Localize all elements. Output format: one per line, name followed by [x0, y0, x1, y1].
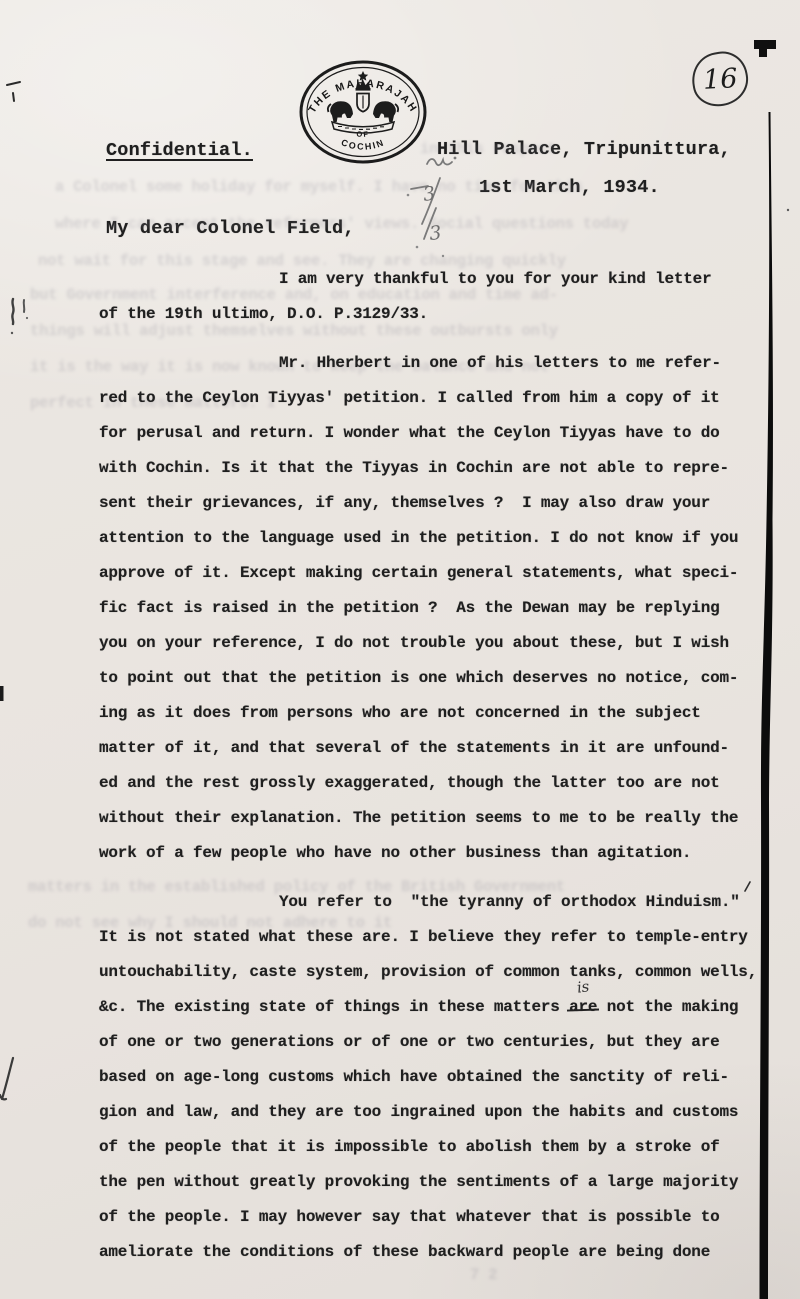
pencil-digit-lower: 3 [428, 222, 442, 245]
page-number-stamp: 16 [688, 48, 753, 111]
letter-body: I am very thankful to you for your kind … [99, 262, 761, 1270]
letter-line-25: of the people that it is impossible to a… [99, 1130, 761, 1165]
margin-smudge-2 [24, 300, 25, 312]
page-number: 16 [702, 63, 738, 96]
letter-line-1: I am very thankful to you for your kind … [99, 262, 761, 297]
page-edge-shadow [760, 112, 773, 1299]
pencil-digit-upper: 3 [422, 182, 437, 205]
letter-line-24: gion and law, and they are too ingrained… [99, 1095, 761, 1130]
letter-line-20: untouchability, caste system, provision … [99, 955, 761, 990]
corrected-word: areis [569, 990, 597, 1025]
letter-line-11: you on your reference, I do not trouble … [99, 626, 761, 661]
bleedthrough-fragment-3: where I can accept the reformers' views.… [55, 215, 628, 233]
margin-smudge [12, 299, 13, 324]
letter-line-6: with Cochin. Is it that the Tiyyas in Co… [99, 451, 761, 486]
letter-line-3: Mr. Hherbert in one of his letters to me… [99, 346, 761, 381]
coat-of-arms [328, 71, 398, 133]
letter-line-2: of the 19th ultimo, D.O. P.3129/33. [99, 297, 761, 332]
left-edge-sliver [0, 686, 4, 701]
letter-line-5: for perusal and return. I wonder what th… [99, 416, 761, 451]
letter-line-7: sent their grievances, if any, themselve… [99, 486, 761, 521]
letter-line-12: to point out that the petition is one wh… [99, 661, 761, 696]
letter-line-10: fic fact is raised in the petition ? As … [99, 591, 761, 626]
letter-line-13: ing as it does from persons who are not … [99, 696, 761, 731]
letter-line-19: It is not stated what these are. I belie… [99, 920, 761, 955]
letter-line-17: work of a few people who have no other b… [99, 836, 761, 871]
letter-line-9: approve of it. Except making certain gen… [99, 556, 761, 591]
margin-dash-mark [7, 82, 20, 101]
pencil-annotation: 3 3 [403, 146, 493, 261]
seal-of-text: OF [356, 129, 370, 139]
classification-label: Confidential. [106, 140, 253, 161]
letter-line-28: ameliorate the conditions of these backw… [99, 1235, 761, 1270]
corner-fold-mark [754, 40, 776, 57]
letter-line-8: attention to the language used in the pe… [99, 521, 761, 556]
letter-line-14: matter of it, and that several of the st… [99, 731, 761, 766]
seal-bottom-text: COCHIN [340, 137, 387, 152]
letter-line-21: &c. The existing state of things in thes… [99, 990, 761, 1025]
letter-line-27: of the people. I may however say that wh… [99, 1200, 761, 1235]
bleedthrough-fragment-2: a Colonel some holiday for myself. I hav… [55, 178, 583, 196]
letter-line-4: red to the Ceylon Tiyyas' petition. I ca… [99, 381, 761, 416]
scanned-letter-page: in this respecta Colonel some holiday fo… [0, 0, 800, 1299]
margin-checkmark [0, 1058, 13, 1099]
letter-line-22: of one or two generations or of one or t… [99, 1025, 761, 1060]
letter-line-15: ed and the rest grossly exaggerated, tho… [99, 766, 761, 801]
letter-line-16: without their explanation. The petition … [99, 801, 761, 836]
letter-line-23: based on age-long customs which have obt… [99, 1060, 761, 1095]
letter-line-18: You refer to "the tyranny of orthodox Hi… [99, 885, 761, 920]
letter-line-26: the pen without greatly provoking the se… [99, 1165, 761, 1200]
